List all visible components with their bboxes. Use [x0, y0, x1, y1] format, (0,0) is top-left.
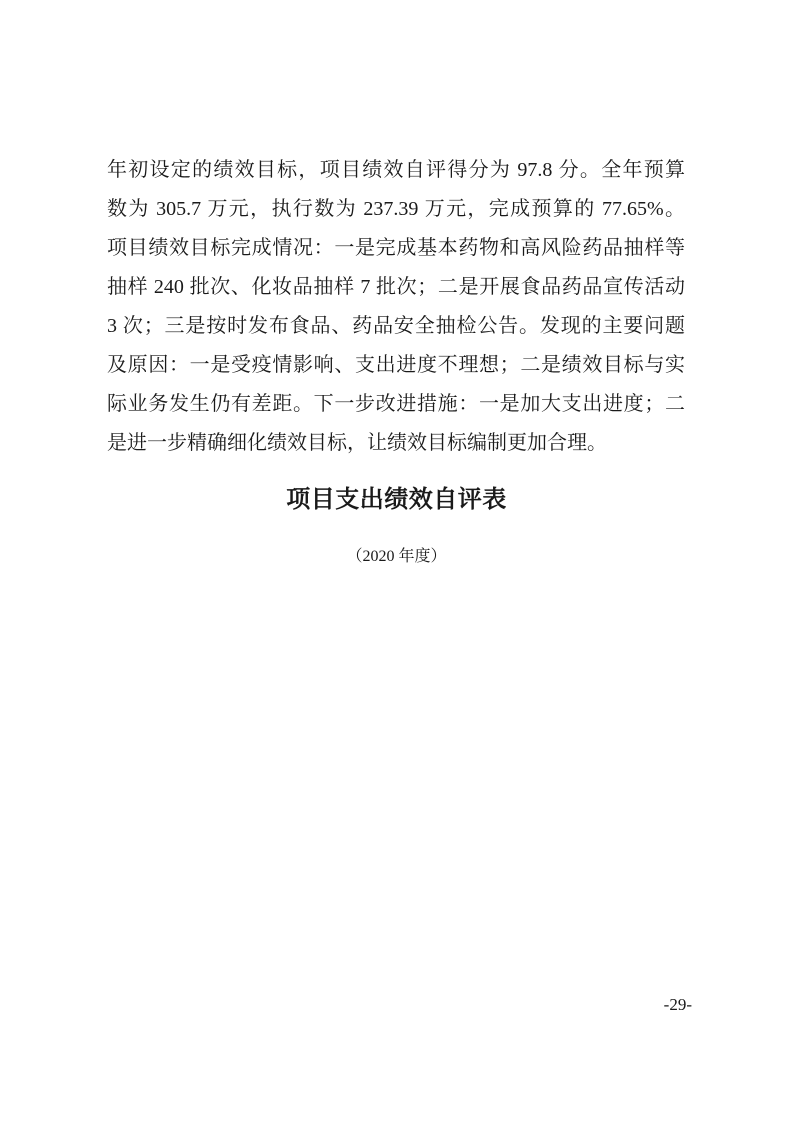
table-title: 项目支出绩效自评表: [0, 486, 793, 514]
paragraph-line: 是进一步精确细化绩效目标，让绩效目标编制更加合理。: [107, 424, 685, 463]
paragraph-line: 及原因：一是受疫情影响、支出进度不理想；二是绩效目标与实: [107, 346, 685, 385]
page-number: -29-: [664, 995, 692, 1014]
paragraph-line: 抽样 240 批次、化妆品抽样 7 批次；二是开展食品药品宣传活动: [107, 268, 685, 307]
paragraph-line: 项目绩效目标完成情况：一是完成基本药物和高风险药品抽样等: [107, 229, 685, 268]
paragraph-line: 数为 305.7 万元，执行数为 237.39 万元，完成预算的 77.65%。: [107, 190, 685, 229]
paragraph-line: 年初设定的绩效目标，项目绩效自评得分为 97.8 分。全年预算: [107, 151, 685, 190]
paragraph: 年初设定的绩效目标，项目绩效自评得分为 97.8 分。全年预算 数为 305.7…: [107, 151, 685, 463]
paragraph-line: 际业务发生仍有差距。下一步改进措施：一是加大支出进度；二: [107, 385, 685, 424]
document-page: 年初设定的绩效目标，项目绩效自评得分为 97.8 分。全年预算 数为 305.7…: [0, 0, 793, 1122]
paragraph-line: 3 次；三是按时发布食品、药品安全抽检公告。发现的主要问题: [107, 307, 685, 346]
table-subtitle: （2020 年度）: [0, 547, 793, 567]
